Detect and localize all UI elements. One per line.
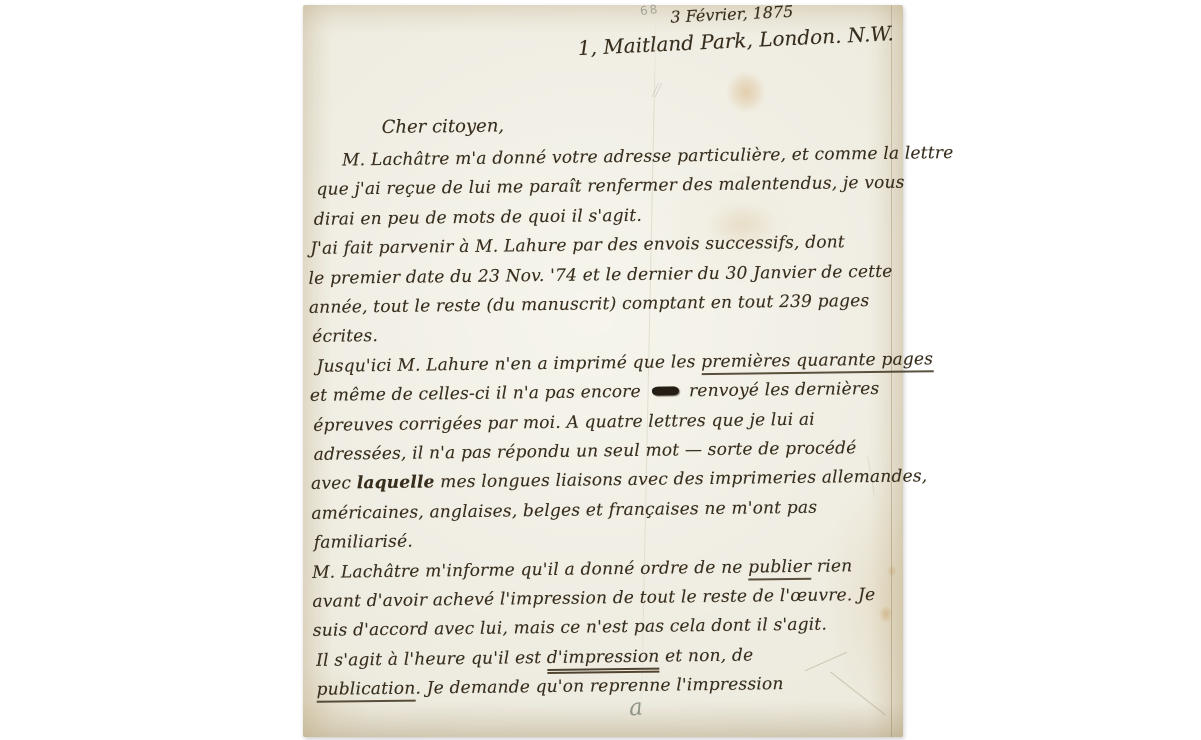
letter-text-segment: écrites.	[312, 326, 378, 347]
letter-text-segment: M. Lachâtre m'a donné votre adresse part…	[342, 143, 954, 170]
underlined-text: publier	[748, 556, 811, 580]
letter-line: M. Lachâtre m'informe qu'il a donné ordr…	[312, 556, 852, 583]
letter-text-segment: Jusqu'ici M. Lahure n'en a imprimé que l…	[316, 352, 701, 377]
letter-line: avec laquelle mes longues liaisons avec …	[311, 467, 928, 495]
letter-text-segment: rien	[811, 556, 852, 576]
letter-line: Il s'agit à l'heure qu'il est d'impressi…	[316, 645, 753, 670]
letter-body: M. Lachâtre m'a donné votre adresse part…	[301, 1, 901, 8]
letter-address: 1, Maitland Park, London. N.W.	[577, 21, 894, 60]
letter-line: Jusqu'ici M. Lahure n'en a imprimé que l…	[316, 349, 933, 377]
letter-text-segment: et même de celles-ci il n'a pas encore	[310, 382, 647, 406]
underlined-text: d'impression	[547, 646, 660, 673]
letter-line: J'ai fait parvenir à M. Lahure par des e…	[310, 233, 845, 260]
letter-salutation: Cher citoyen,	[382, 115, 505, 137]
letter-text-segment: . Je demande qu'on reprenne l'impression	[415, 674, 783, 698]
letter-text-segment: américaines, anglaises, belges et frança…	[311, 497, 817, 523]
letter-text-segment: familiarisé.	[314, 532, 413, 553]
ink-blot	[651, 387, 678, 396]
letter-line: année, tout le reste (du manuscrit) comp…	[309, 291, 870, 318]
letter-line: épreuves corrigées par moi. A quatre let…	[313, 409, 815, 435]
photo-background: 68 a 3 Février, 1875 1, Maitland Park, L…	[0, 0, 1201, 740]
underlined-text: publication	[316, 679, 415, 703]
letter-line: avant d'avoir achevé l'impression de tou…	[312, 585, 875, 612]
letter-text-segment: épreuves corrigées par moi. A quatre let…	[313, 409, 815, 435]
letter-text-segment: que j'ai reçue de lui me paraît renferme…	[316, 173, 904, 200]
letter-text-segment: renvoyé les dernières	[683, 379, 879, 401]
letter-text-segment: adressées, il n'a pas répondu un seul mo…	[314, 438, 857, 465]
letter-text-segment: le premier date du 23 Nov. '74 et le der…	[308, 261, 892, 288]
letter-line: publication. Je demande qu'on reprenne l…	[316, 674, 783, 700]
letter-text-segment: avec	[311, 474, 357, 495]
letter-line: que j'ai reçue de lui me paraît renferme…	[316, 173, 904, 200]
letter-line: écrites.	[312, 326, 378, 347]
letter-line: suis d'accord avec lui, mais ce n'est pa…	[313, 615, 827, 641]
letter-text-segment: mes longues liaisons avec des imprimerie…	[435, 467, 928, 493]
letter-line: adressées, il n'a pas répondu un seul mo…	[314, 438, 857, 465]
letter-text-segment: dirai en peu de mots de quoi il s'agit.	[314, 206, 642, 230]
letter-text-segment: et non, de	[659, 645, 753, 666]
letter-text-segment: M. Lachâtre m'informe qu'il a donné ordr…	[312, 557, 748, 582]
letter-text-segment: Il s'agit à l'heure qu'il est	[316, 648, 547, 671]
letter-text-segment: J'ai fait parvenir à M. Lahure par des e…	[310, 233, 845, 260]
letter-line: américaines, anglaises, belges et frança…	[311, 497, 817, 523]
letter-line: et même de celles-ci il n'a pas encore r…	[310, 379, 880, 406]
letter-text-segment: année, tout le reste (du manuscrit) comp…	[309, 291, 870, 318]
underlined-text: premières quarante pages	[701, 349, 933, 375]
letter-text-segment: suis d'accord avec lui, mais ce n'est pa…	[313, 615, 827, 641]
letter-page: 68 a 3 Février, 1875 1, Maitland Park, L…	[303, 5, 903, 737]
letter-text-segment: laquelle	[357, 473, 435, 494]
letter-text-segment: avant d'avoir achevé l'impression de tou…	[312, 585, 875, 612]
letter-line: dirai en peu de mots de quoi il s'agit.	[314, 206, 642, 230]
letter-line: M. Lachâtre m'a donné votre adresse part…	[342, 143, 954, 170]
letter-date: 3 Février, 1875	[670, 2, 794, 27]
handwriting-layer: 3 Février, 1875 1, Maitland Park, London…	[301, 1, 910, 740]
letter-line: le premier date du 23 Nov. '74 et le der…	[308, 261, 892, 288]
letter-line: familiarisé.	[314, 532, 413, 553]
